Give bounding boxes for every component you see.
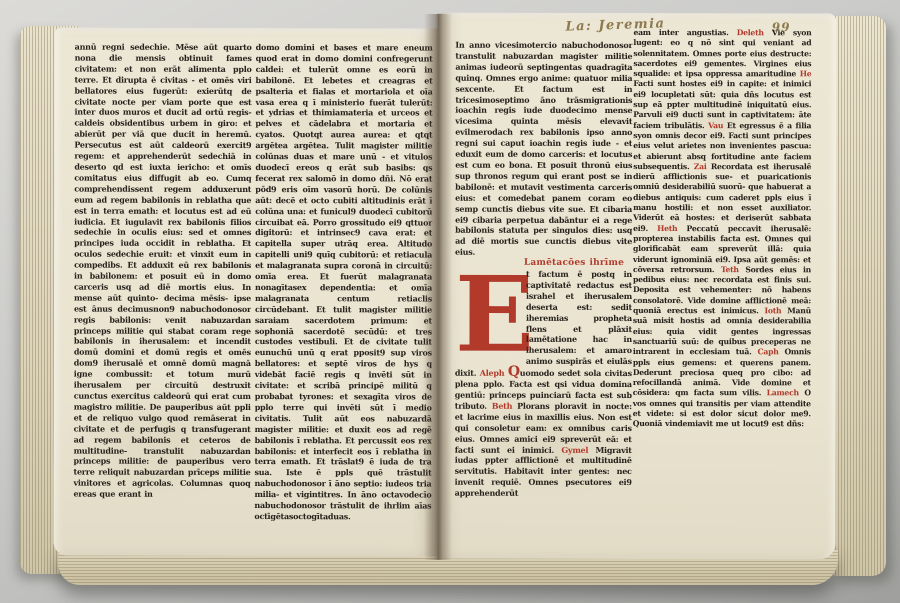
hebrew-letter-jod: Ioth [764, 306, 787, 315]
hebrew-letter-lamed: Lamech [767, 389, 805, 398]
open-book: annū regni sedechie. Mēse aūt quarto non… [0, 0, 900, 603]
photo-background: annū regni sedechie. Mēse aūt quarto non… [0, 0, 900, 603]
verse-initial-q: Q [508, 364, 520, 380]
hebrew-letter-vau: Vau [708, 121, 727, 130]
right-page-column-2: eam inter angustias. Deleth Vie syon lug… [633, 28, 812, 527]
right-fore-edge-pages [832, 16, 886, 576]
right-page-column-1: In anno vicesimotercio nabuchodonosor tr… [455, 40, 633, 512]
hebrew-letter-gimel: Gymel [561, 444, 595, 454]
hebrew-letter-teth: Teth [721, 265, 745, 274]
hebrew-letter-zain: Zai [694, 162, 711, 171]
hebrew-letter-caph: Caph [757, 347, 784, 356]
left-page-column-1: annū regni sedechie. Mēse aūt quarto non… [73, 42, 251, 536]
hebrew-letter-daleth: Deleth [737, 28, 772, 37]
hebrew-letter-heth: Heth [657, 224, 686, 233]
left-page: annū regni sedechie. Mēse aūt quarto non… [53, 27, 437, 556]
verse-gimel-end: eam inter angustias. [633, 28, 736, 37]
illuminated-initial-E: E [455, 272, 519, 366]
lamentations-verses-col1: Aleph Quomodo sedet sola civitas plena p… [455, 368, 632, 498]
jeremiah-ending-text: In anno vicesimotercio nabuchodonosor tr… [455, 40, 632, 257]
hebrew-letter-he: He [800, 69, 812, 78]
hebrew-letter-aleph: Aleph [480, 368, 508, 378]
hebrew-letter-beth: Beth [492, 401, 517, 411]
left-page-column-2: domo domini et bases et mare eneum quod … [254, 42, 432, 536]
book-gutter-shadow [424, 14, 452, 560]
verse-zain-text: Recordata est iherusalē dierū affliction… [633, 162, 811, 233]
right-page: La: Jeremia 99 In anno vicesimotercio na… [437, 13, 837, 560]
